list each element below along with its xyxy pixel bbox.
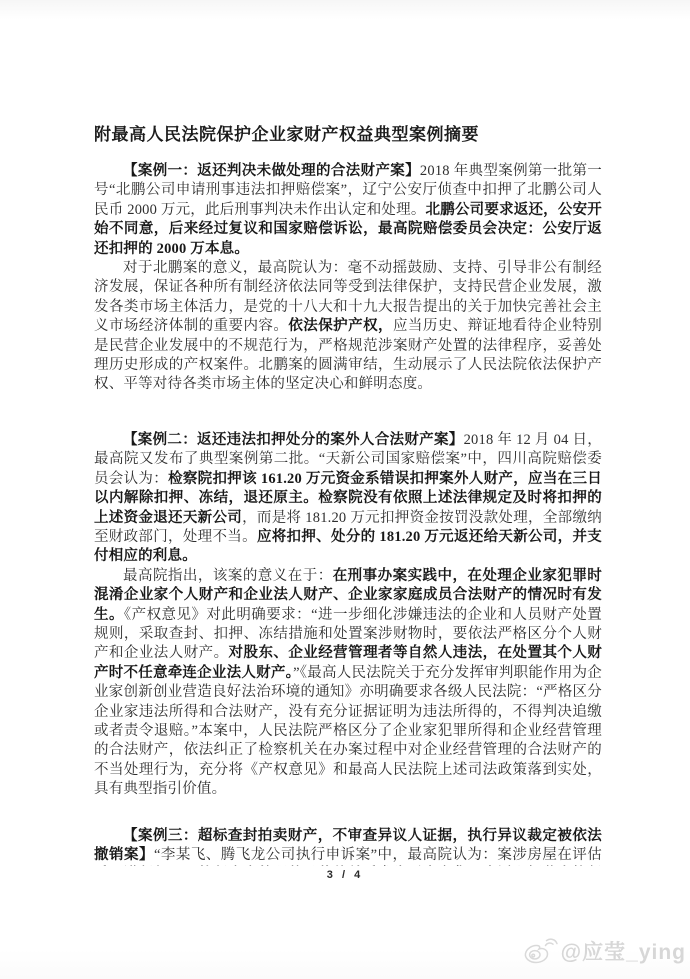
emphasis-text: 【案例一：返还判决未做处理的合法财产案】 xyxy=(123,163,420,179)
body-text: 最高院指出，该案的意义在于： xyxy=(123,568,333,584)
document-content: 附最高人民法院保护企业家财产权益典型案例摘要 【案例一：返还判决未做处理的合法财… xyxy=(94,124,602,866)
watermark: @应莹_ying xyxy=(522,936,686,966)
body-text: “李某飞、腾飞龙公司执行申诉案”中，最高院认为：案涉房屋在评估后又进行复工，执行… xyxy=(94,847,602,866)
case-1-summary: 【案例一：返还判决未做处理的合法财产案】2018 年典型案例第一批第一号“北鹏公… xyxy=(94,162,602,259)
case-2-significance: 最高院指出，该案的意义在于：在刑事办案实践中，在处理企业家犯罪时混淆企业家个人财… xyxy=(94,567,602,800)
weibo-icon xyxy=(522,937,558,966)
emphasis-text: 依法保护产权， xyxy=(288,318,393,334)
watermark-text: @应莹_ying xyxy=(561,936,686,966)
document-page: 附最高人民法院保护企业家财产权益典型案例摘要 【案例一：返还判决未做处理的合法财… xyxy=(0,0,690,979)
page-number: 3 / 4 xyxy=(0,869,690,881)
document-paragraphs: 【案例一：返还判决未做处理的合法财产案】2018 年典型案例第一批第一号“北鹏公… xyxy=(94,162,602,866)
case-1-significance: 对于北鹏案的意义，最高院认为：毫不动摇鼓励、支持、引导非公有制经济发展，保证各种… xyxy=(94,259,602,395)
body-text: ”《最高人民法院关于充分发挥审判职能作用为企业家创新创业营造良好法治环境的通知》… xyxy=(94,665,602,797)
case-3-summary: 【案例三：超标查封拍卖财产，不审查异议人证据，执行异议裁定被依法撤销案】“李某飞… xyxy=(94,827,602,866)
case-2-summary: 【案例二：返还违法扣押处分的案外人合法财产案】2018 年 12 月 04 日，… xyxy=(94,431,602,567)
document-title: 附最高人民法院保护企业家财产权益典型案例摘要 xyxy=(94,124,602,145)
emphasis-text: 【案例二：返还违法扣押处分的案外人合法财产案】 xyxy=(123,432,464,448)
